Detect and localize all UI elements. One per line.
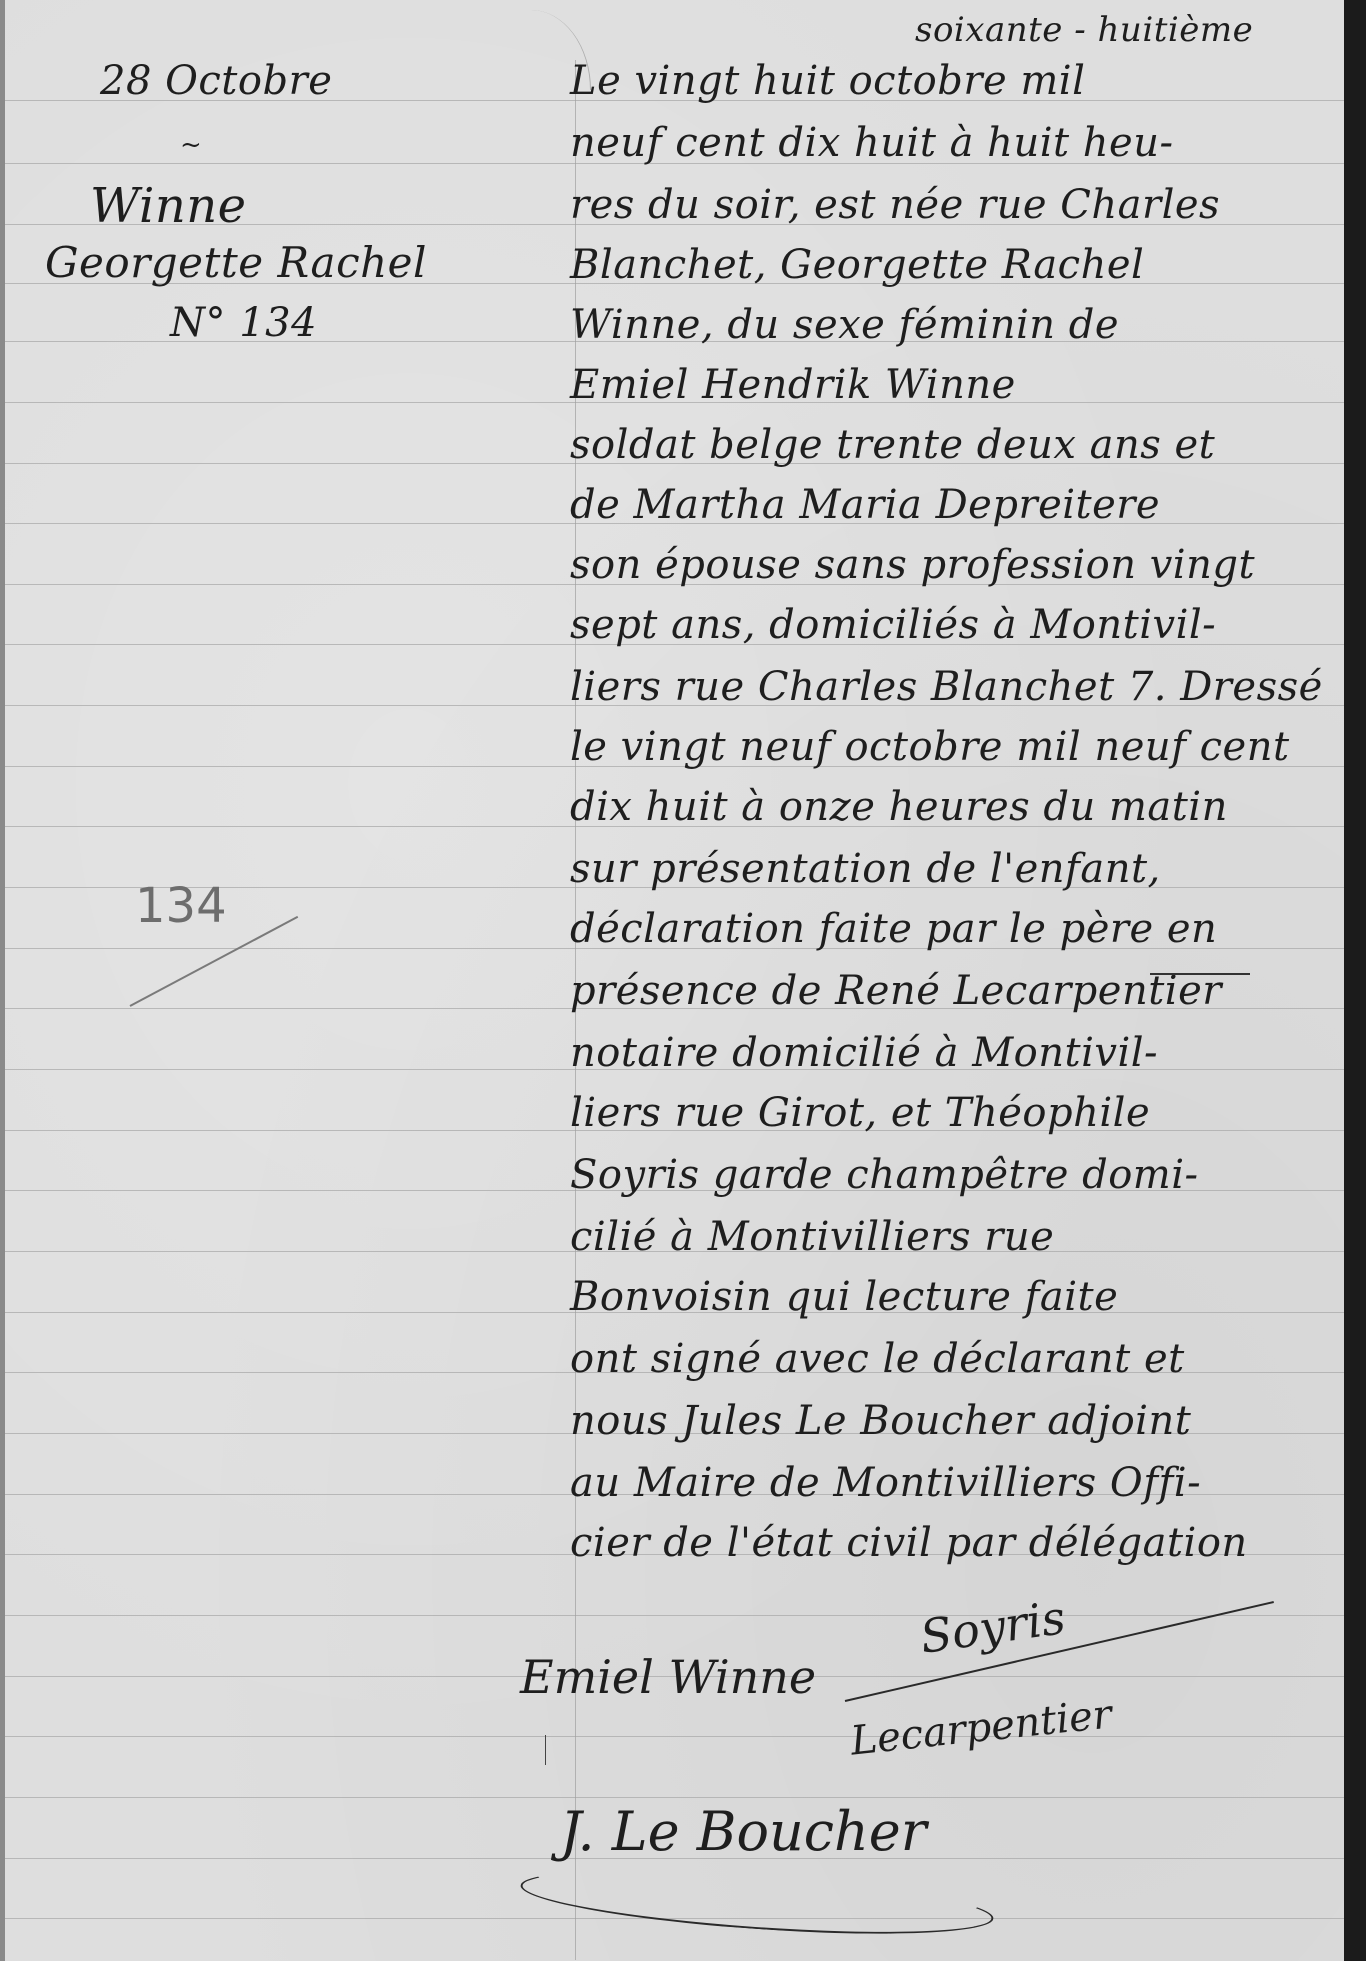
ruled-line	[5, 1797, 1344, 1798]
signature-tick	[545, 1735, 546, 1765]
body-line: au Maire de Montivilliers Offi-	[570, 1460, 1201, 1506]
body-line: res du soir, est née rue Charles	[570, 182, 1220, 228]
body-line: sept ans, domiciliés à Montivil-	[570, 602, 1216, 648]
margin-date: 28 Octobre	[100, 58, 332, 104]
body-line: son épouse sans profession vingt	[570, 542, 1255, 588]
body-line: présence de René Lecarpentier	[570, 968, 1222, 1014]
body-line: neuf cent dix huit à huit heu-	[570, 120, 1174, 166]
margin-separator: ~	[180, 130, 202, 160]
margin-surname: Winne	[90, 178, 247, 234]
document-page: 28 Octobre ~ Winne Georgette Rachel N° 1…	[0, 0, 1366, 1961]
body-line: liers rue Girot, et Théophile	[570, 1090, 1150, 1136]
body-line: nous Jules Le Boucher adjoint	[570, 1398, 1191, 1444]
body-line: ont signé avec le déclarant et	[570, 1336, 1185, 1382]
body-line: Winne, du sexe féminin de	[570, 302, 1119, 348]
body-line: Bonvoisin qui lecture faite	[570, 1274, 1118, 1320]
pencil-record-number: 134	[135, 878, 227, 934]
body-line: Blanchet, Georgette Rachel	[570, 242, 1144, 288]
page-left-edge	[0, 0, 5, 1961]
body-line: cier de l'état civil par délégation	[570, 1520, 1248, 1566]
body-line: Soyris garde champêtre domi-	[570, 1152, 1199, 1198]
body-line: Emiel Hendrik Winne	[570, 362, 1016, 408]
body-line: de Martha Maria Depreitere	[570, 482, 1160, 528]
ruled-line	[5, 1615, 1344, 1616]
signature-father: Emiel Winne	[520, 1650, 816, 1704]
signature-flourish	[519, 1859, 996, 1946]
body-line: soldat belge trente deux ans et	[570, 422, 1215, 468]
body-line: liers rue Charles Blanchet 7. Dressé	[570, 664, 1323, 710]
signature-witness-2: Lecarpentier	[848, 1691, 1114, 1764]
margin-given-names: Georgette Rachel	[45, 238, 427, 287]
page-right-edge	[1344, 0, 1366, 1961]
body-line: cilié à Montivilliers rue	[570, 1214, 1054, 1260]
margin-record-number: N° 134	[170, 300, 317, 346]
underline-mark	[1150, 973, 1250, 975]
signature-officer: J. Le Boucher	[560, 1800, 927, 1863]
ruled-line	[5, 1736, 1344, 1737]
body-line: Le vingt huit octobre mil	[570, 58, 1085, 104]
body-line: notaire domicilié à Montivil-	[570, 1030, 1158, 1076]
body-line: dix huit à onze heures du matin	[570, 784, 1228, 830]
body-line: sur présentation de l'enfant,	[570, 846, 1161, 892]
body-line: le vingt neuf octobre mil neuf cent	[570, 724, 1290, 770]
page-header-ordinal: soixante - huitième	[915, 10, 1253, 50]
body-line: déclaration faite par le père en	[570, 906, 1217, 952]
